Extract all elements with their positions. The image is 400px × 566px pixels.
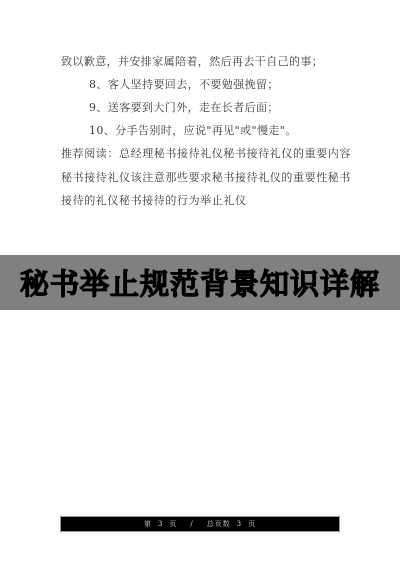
document-page: 致以歉意，并安排家属陪着，然后再去干自己的事； 8、客人坚持要回去，不要勉强挽留… [0,0,400,566]
total-pages-prefix: 总页数 [207,519,231,529]
title-banner: 秘书举止规范背景知识详解 [0,255,400,310]
page-footer: 第 3 页 / 总页数 3 页 [60,516,340,532]
current-page-number: 3 [158,520,163,528]
page-prefix: 第 [144,519,152,529]
page-separator: / [190,520,193,528]
banner-title: 秘书举止规范背景知识详解 [20,262,380,303]
total-pages-suffix: 页 [248,519,256,529]
total-pages-number: 3 [237,520,242,528]
document-body: 致以歉意，并安排家属陪着，然后再去干自己的事； 8、客人坚持要回去，不要勉强挽留… [61,50,351,213]
list-item-8: 8、客人坚持要回去，不要勉强挽留； [61,73,351,96]
list-item-9: 9、送客要到大门外，走在长者后面； [61,96,351,119]
list-item-10: 10、分手告别时，应说"再见"或"慢走"。 [61,119,351,142]
text-line-apology: 致以歉意，并安排家属陪着，然后再去干自己的事； [61,50,351,73]
page-suffix: 页 [169,519,177,529]
recommended-reading: 推荐阅读：总经理秘书接待礼仪秘书接待礼仪的重要内容秘书接待礼仪该注意那些要求秘书… [61,142,351,213]
